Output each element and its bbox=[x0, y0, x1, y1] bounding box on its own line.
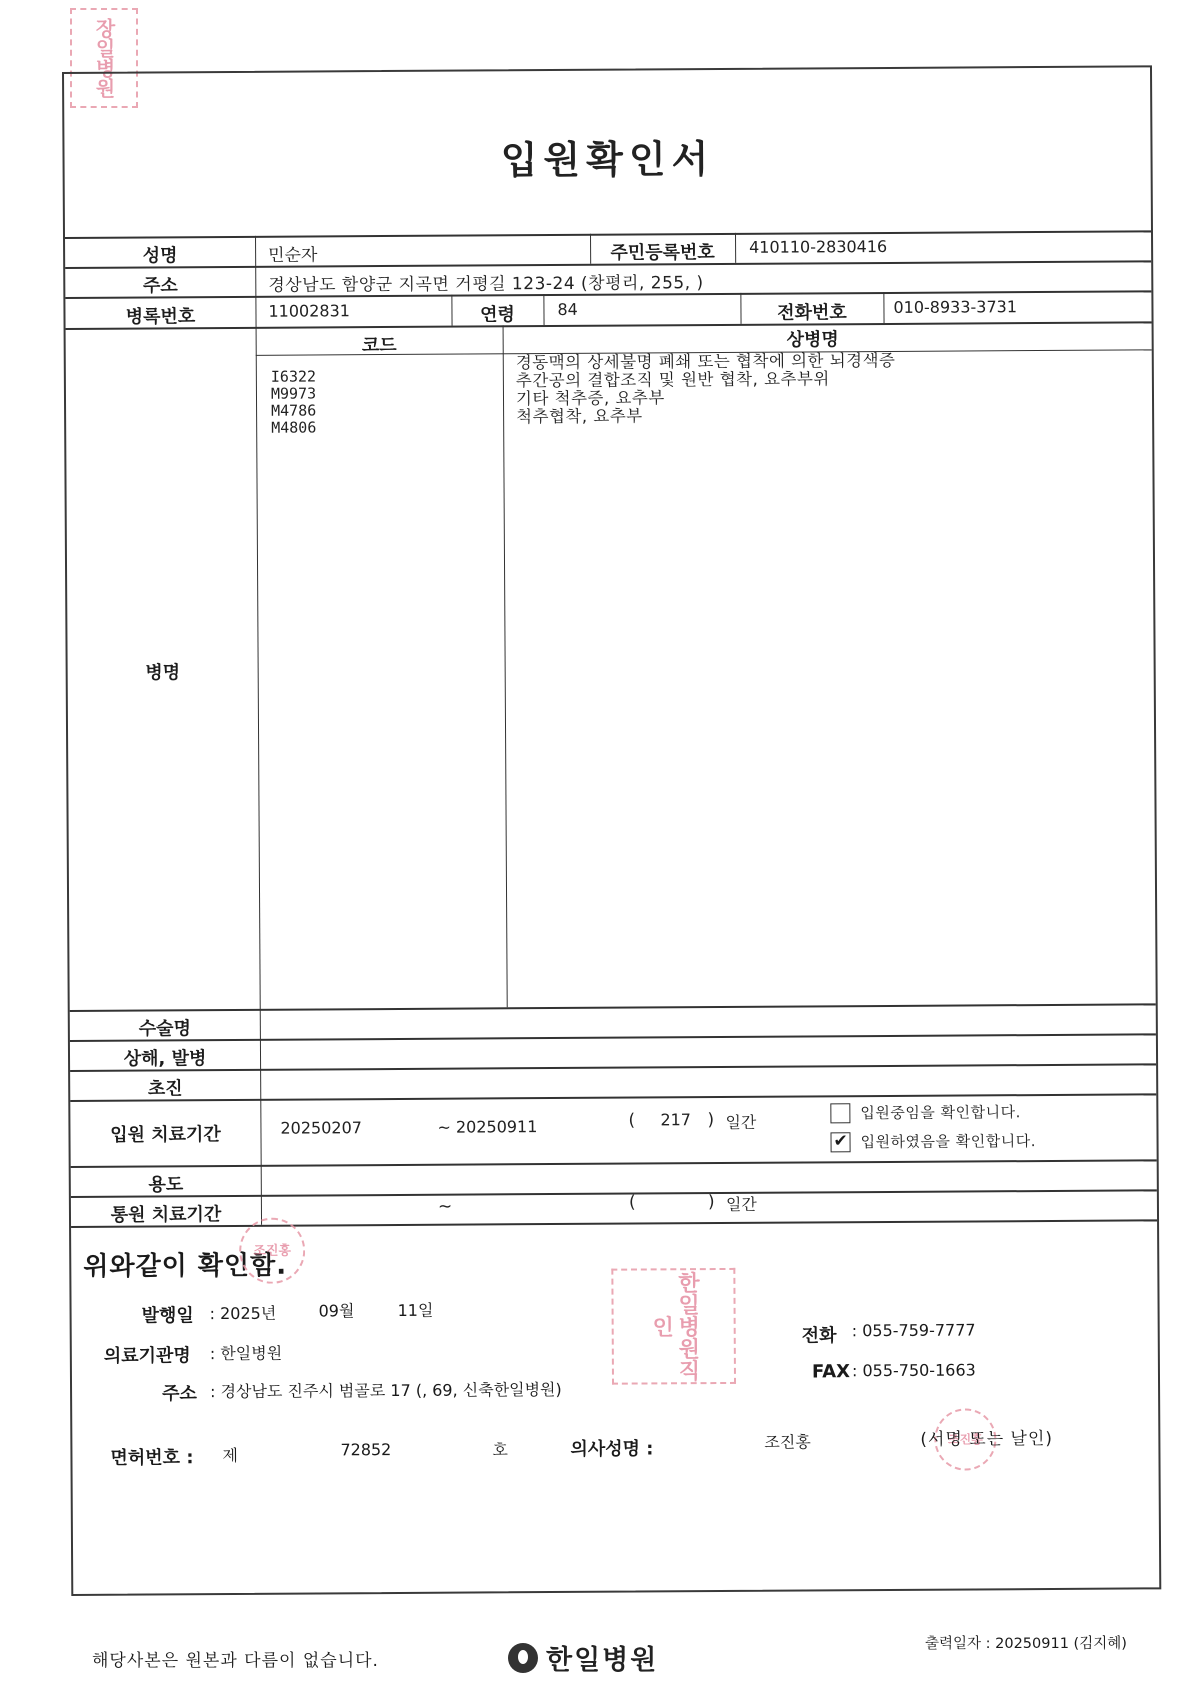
injury-label: 상해, 발병 bbox=[70, 1044, 260, 1071]
institution-fax: : 055-750-1663 bbox=[852, 1360, 976, 1380]
surgery-label: 수술명 bbox=[70, 1014, 260, 1041]
phone-label: 전화번호 bbox=[740, 298, 883, 325]
license-number: 72852 bbox=[340, 1440, 391, 1459]
diagnosis-codes: I6322 M9973 M4786 M4806 bbox=[271, 368, 317, 436]
checkbox-currently-admitted[interactable] bbox=[830, 1103, 850, 1123]
patient-name: 민순자 bbox=[268, 240, 317, 265]
diagnosis-name-header: 상병명 bbox=[503, 324, 1123, 354]
diagnosis-names: 경동맥의 상세불명 폐쇄 또는 협착에 의한 뇌경색증 추간공의 결합조직 및 … bbox=[516, 352, 896, 426]
inpatient-days: 217 bbox=[660, 1110, 691, 1129]
document-title: 입원확인서 bbox=[64, 125, 1150, 187]
diagnosis-name: 기타 척추증, 요추부 bbox=[516, 388, 896, 408]
outpatient-days-close: ) bbox=[708, 1192, 715, 1212]
chart-no-label: 병록번호 bbox=[65, 302, 255, 329]
institution-label: 의료기관명 bbox=[104, 1341, 191, 1368]
institution-address: : 경상남도 진주시 범골로 17 (, 69, 신축한일병원) bbox=[210, 1377, 562, 1402]
outpatient-days-suffix: 일간 bbox=[726, 1192, 757, 1215]
diagnosis-name: 추간공의 결합조직 및 원반 협착, 요추부위 bbox=[516, 370, 896, 390]
institution-phone: : 055-759-7777 bbox=[852, 1320, 976, 1340]
patient-address: 경상남도 함양군 지곡면 거평길 123-24 (창평리, 255, ) bbox=[268, 268, 703, 296]
seal-text: 한일병원직인 bbox=[647, 1270, 700, 1382]
hospital-logo: 한일병원 bbox=[508, 1638, 658, 1677]
institution-address-label: 주소 bbox=[162, 1379, 197, 1405]
print-date: 출력일자 : 20250911 (김지혜) bbox=[925, 1632, 1127, 1653]
chart-no: 11002831 bbox=[268, 301, 350, 320]
inpatient-days-close: ) bbox=[707, 1110, 714, 1130]
institution-phone-label: 전화 bbox=[802, 1321, 837, 1347]
outpatient-label: 통원 치료기간 bbox=[71, 1200, 261, 1227]
issue-month: 09월 bbox=[318, 1298, 354, 1321]
option-currently-admitted-label: 입원중임을 확인합니다. bbox=[860, 1101, 1021, 1123]
first-visit-label: 초진 bbox=[70, 1074, 260, 1101]
institution-fax-label: FAX bbox=[812, 1361, 850, 1382]
inpatient-days-open: ( bbox=[628, 1111, 635, 1131]
inpatient-end: ~ 20250911 bbox=[437, 1117, 537, 1137]
diagnosis-code: M4786 bbox=[271, 402, 316, 419]
hospital-logo-text: 한일병원 bbox=[546, 1638, 658, 1677]
doctor-label: 의사성명 : bbox=[570, 1434, 653, 1461]
diagnosis-code: M9973 bbox=[271, 385, 316, 402]
inpatient-start: 20250207 bbox=[280, 1118, 362, 1137]
outpatient-tilde: ~ bbox=[438, 1197, 452, 1217]
license-suffix: 호 bbox=[492, 1437, 508, 1460]
license-label: 면허번호 : bbox=[110, 1443, 193, 1470]
rrn-label: 주민등록번호 bbox=[590, 238, 735, 265]
checkbox-was-admitted[interactable]: ✔ bbox=[830, 1132, 850, 1152]
option-was-admitted-label: 입원하였음을 확인합니다. bbox=[860, 1130, 1036, 1152]
issue-date-label: 발행일 bbox=[142, 1301, 194, 1327]
sign-note: (서명 또는 날인) bbox=[920, 1424, 1053, 1450]
issue-day: 11일 bbox=[397, 1298, 433, 1321]
patient-phone: 010-8933-3731 bbox=[893, 297, 1017, 317]
diagnosis-name: 척추협착, 요추부 bbox=[516, 406, 896, 426]
document-page: 장일병원 입원확인서 성명 민순자 주민등록번호 410110-2830416 bbox=[0, 0, 1190, 1682]
patient-rrn: 410110-2830416 bbox=[749, 237, 887, 257]
diagnosis-label: 병명 bbox=[68, 658, 258, 685]
inpatient-days-suffix: 일간 bbox=[725, 1110, 756, 1133]
license-prefix: 제 bbox=[222, 1443, 238, 1466]
seal-text: 조진홍 bbox=[253, 1243, 291, 1258]
title-text: 입원확인서 bbox=[501, 137, 715, 182]
age-label: 연령 bbox=[451, 300, 543, 327]
certificate-frame: 입원확인서 성명 민순자 주민등록번호 410110-2830416 주소 경상… bbox=[62, 65, 1161, 1596]
inpatient-label: 입원 치료기간 bbox=[70, 1120, 260, 1147]
statement-seal: 조진홍 bbox=[239, 1218, 305, 1284]
hospital-logo-icon bbox=[508, 1643, 538, 1673]
purpose-label: 용도 bbox=[71, 1170, 261, 1197]
patient-age: 84 bbox=[557, 300, 577, 319]
outpatient-days-open: ( bbox=[629, 1193, 636, 1213]
diagnosis-code: M4806 bbox=[271, 419, 316, 436]
code-header: 코드 bbox=[256, 330, 503, 358]
address-label: 주소 bbox=[65, 271, 255, 298]
doctor-name: 조진홍 bbox=[764, 1429, 811, 1452]
issue-year: : 2025년 bbox=[210, 1301, 277, 1324]
institution-name: : 한일병원 bbox=[210, 1341, 282, 1364]
copy-note: 해당사본은 원본과 다름이 없습니다. bbox=[92, 1646, 379, 1671]
hospital-seal: 한일병원직인 bbox=[611, 1268, 736, 1385]
name-label: 성명 bbox=[65, 241, 255, 268]
diagnosis-code: I6322 bbox=[271, 368, 316, 385]
